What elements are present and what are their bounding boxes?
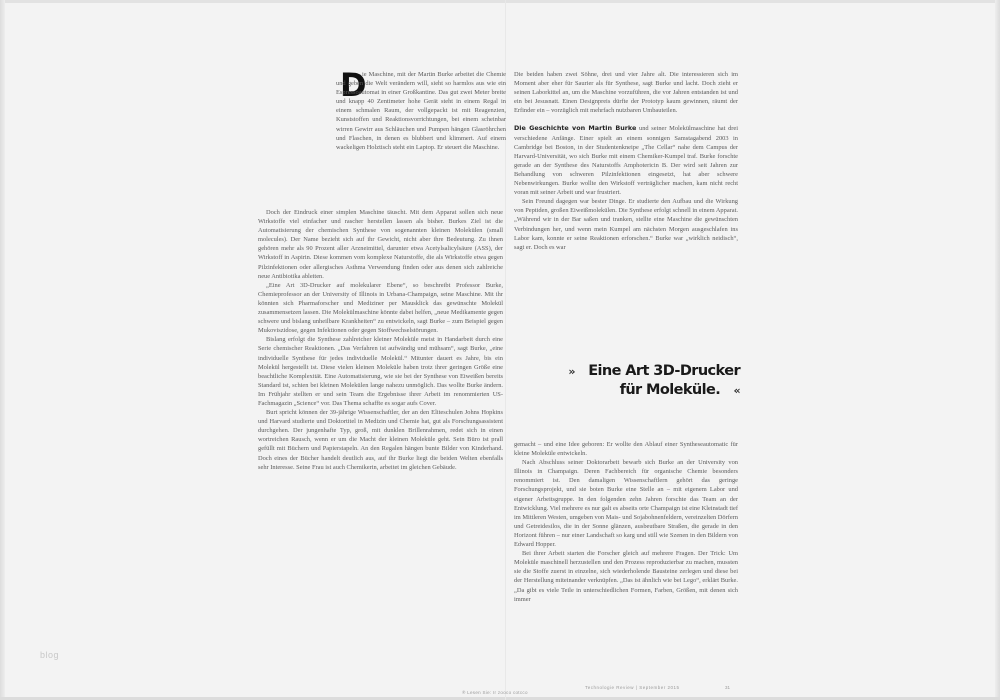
article-paragraph: Die beiden haben zwei Söhne, drei und vi… [514, 70, 738, 115]
page-number: 31 [725, 685, 730, 690]
article-paragraph: Sein Freund dagegen war bester Dinge. Er… [514, 197, 738, 252]
article-paragraph: Nach Abschluss seiner Doktorarbeit bewar… [514, 458, 738, 549]
pull-quote-line-1: » Eine Art 3D-Drucker [540, 362, 740, 381]
pull-quote-line-2: für Moleküle. « [540, 381, 740, 400]
article-column-left-top: ie Maschine, mit der Martin Burke arbeit… [336, 70, 506, 152]
article-paragraph: „Eine Art 3D-Drucker auf molekularer Ebe… [258, 281, 503, 336]
article-paragraph: Doch der Eindruck einer simplen Maschine… [258, 208, 503, 281]
footer-publication: Technologie Review | September 2015 [585, 685, 679, 690]
article-column-right-bottom: gemacht – und eine Idee geboren: Er woll… [514, 440, 738, 604]
section-lead-paragraph: Die Geschichte von Martin Burke und sein… [514, 124, 738, 197]
page-edge-left [0, 0, 5, 700]
pull-quote-text-1: Eine Art 3D-Drucker [588, 363, 740, 379]
section-lead-text: und seiner Molekülmaschine hat drei vers… [514, 125, 738, 196]
article-paragraph: Burt spricht können der 39-jährige Wisse… [258, 408, 503, 472]
close-quote-mark: « [733, 384, 740, 397]
section-lead-in: Die Geschichte von Martin Burke [514, 124, 636, 132]
page-edge-top [0, 0, 1000, 3]
pull-quote-text-2: für Moleküle. [620, 382, 721, 398]
article-paragraph: gemacht – und eine Idee geboren: Er woll… [514, 440, 738, 458]
watermark: blog [40, 650, 59, 660]
article-column-left: Doch der Eindruck einer simplen Maschine… [258, 208, 503, 472]
magazine-spread: D ie Maschine, mit der Martin Burke arbe… [0, 0, 1000, 700]
open-quote-mark: » [568, 365, 575, 378]
page-edge-right [995, 0, 1000, 700]
article-column-right-top: Die beiden haben zwei Söhne, drei und vi… [514, 70, 738, 252]
article-paragraph: Bislang erfolgt die Synthese zahlreicher… [258, 335, 503, 408]
article-paragraph: Bei ihrer Arbeit starten die Forscher gl… [514, 549, 738, 604]
footer-left-note: ® Lesen Sie: Ir zooco cotcco [462, 690, 528, 695]
article-paragraph: ie Maschine, mit der Martin Burke arbeit… [336, 70, 506, 152]
pull-quote: » Eine Art 3D-Drucker für Moleküle. « [540, 362, 740, 400]
